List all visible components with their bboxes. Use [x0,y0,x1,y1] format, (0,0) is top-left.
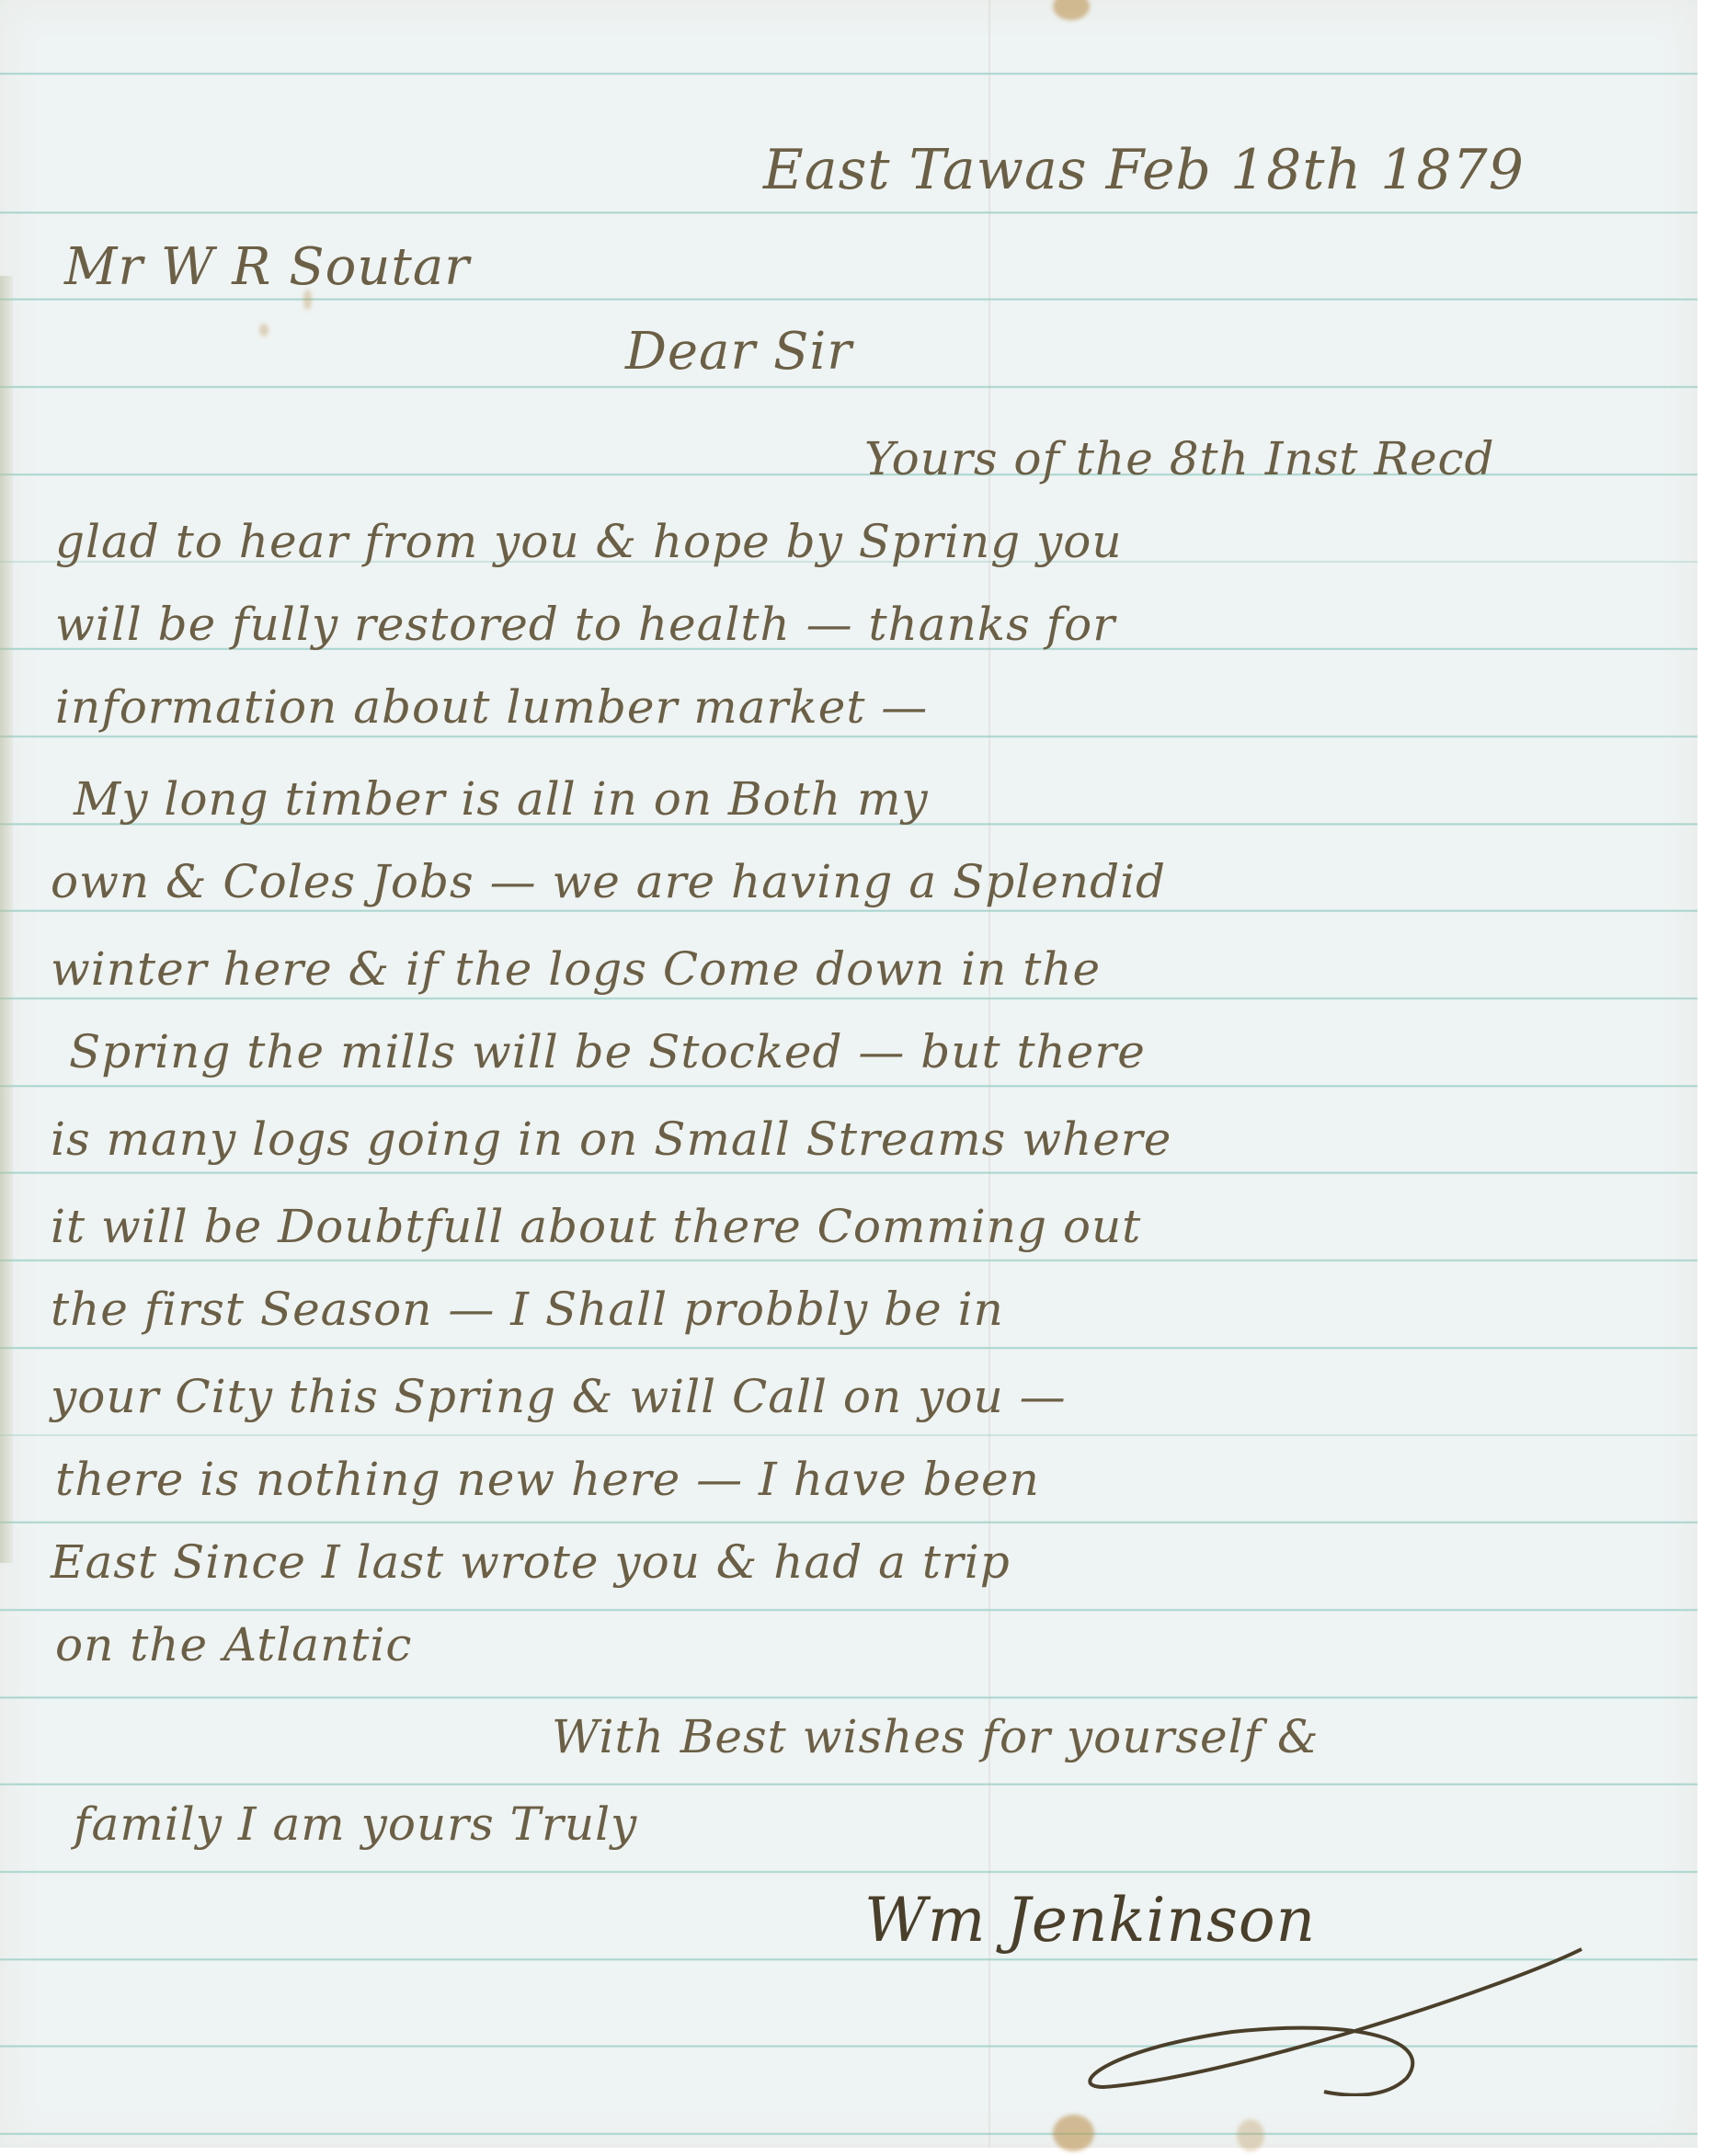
stain-bottom [1053,2115,1094,2151]
signature-flourish [1048,1931,1600,2096]
body-line: East Since I last wrote you & had a trip [51,1535,1011,1589]
closing-line: family I am yours Truly [74,1797,637,1851]
body-line: information about lumber market — [55,680,928,734]
addressee: Mr W R Soutar [64,237,470,297]
body-line: is many logs going in on Small Streams w… [51,1112,1171,1166]
stain-bottom [1237,2119,1264,2151]
torn-left-edge [0,276,13,1563]
stain-left [259,324,269,337]
body-line: there is nothing new here — I have been [55,1453,1040,1506]
body-line: own & Coles Jobs — we are having a Splen… [51,855,1166,908]
stain-top [1053,0,1090,20]
body-line: your City this Spring & will Call on you… [51,1370,1067,1423]
body-line: Spring the mills will be Stocked — but t… [69,1025,1146,1078]
greeting: Dear Sir [625,322,852,382]
letter-paper: East Tawas Feb 18th 1879 Mr W R Soutar D… [0,0,1697,2148]
body-line: Yours of the 8th Inst Recd [864,432,1495,485]
body-line: My long timber is all in on Both my [74,772,929,826]
body-line: winter here & if the logs Come down in t… [51,942,1101,996]
body-line: the first Season — I Shall probbly be in [51,1283,1004,1336]
place-date: East Tawas Feb 18th 1879 [763,138,1525,202]
body-line: will be fully restored to health — thank… [55,598,1115,651]
body-line: on the Atlantic [55,1618,412,1671]
body-line: it will be Doubtfull about there Comming… [51,1200,1141,1253]
closing-line: With Best wishes for yourself & [552,1710,1319,1763]
body-line: glad to hear from you & hope by Spring y… [55,515,1123,568]
